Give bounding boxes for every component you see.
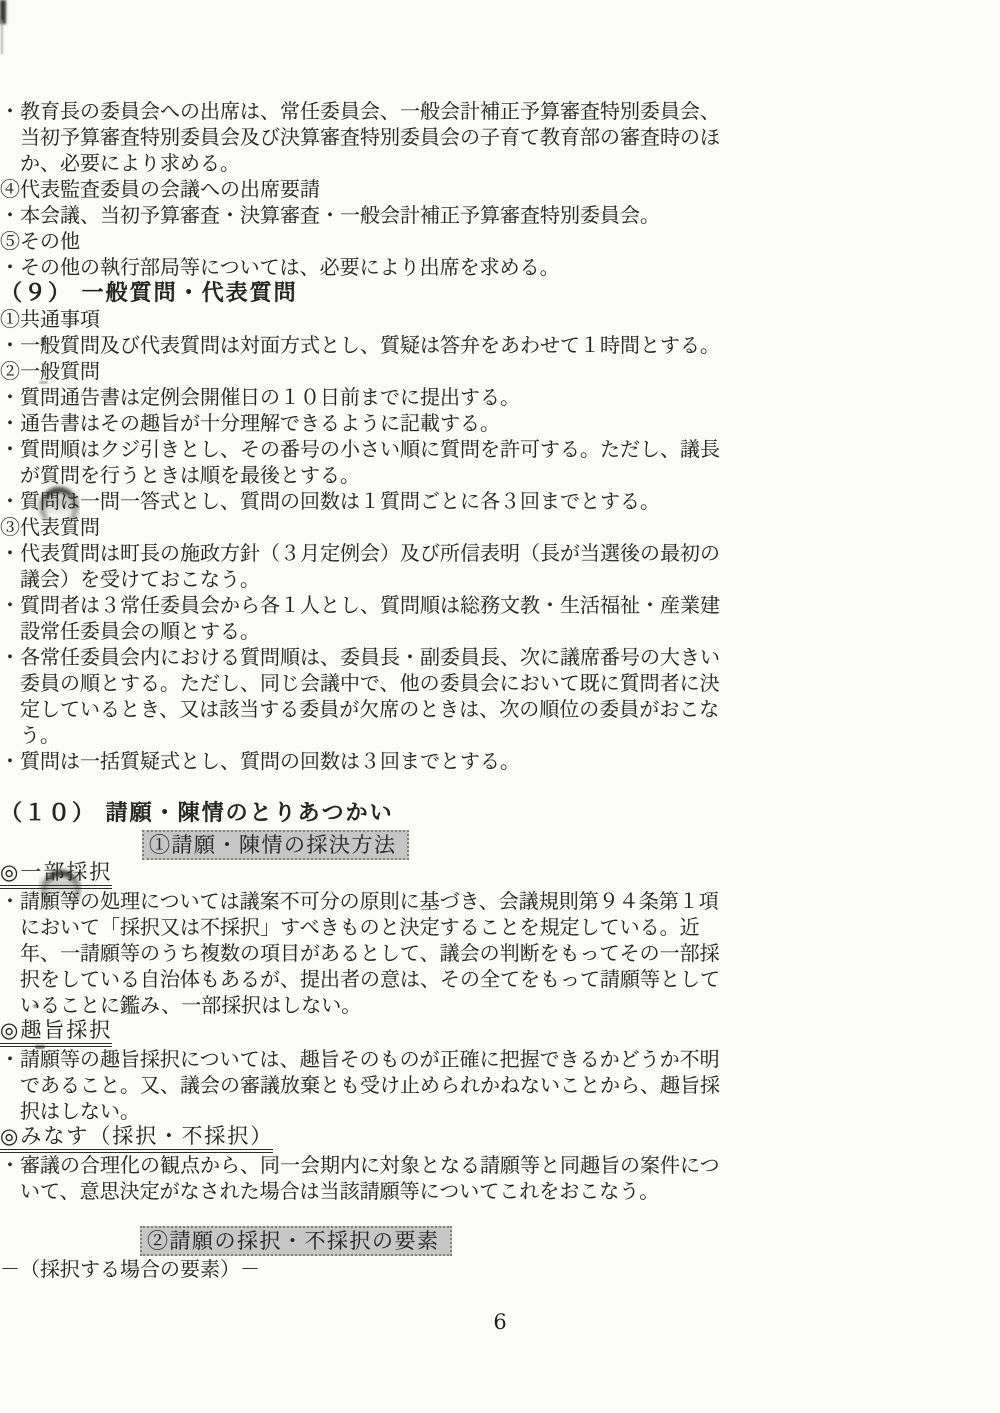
category-heading-label: ◎趣旨採択 [0,1018,112,1047]
page-number: 6 [0,1310,1000,1334]
category-bullet-partial-adoption: ・請願等の処理については議案不可分の原則に基づき、会議規則第９４条第１項において… [0,888,731,1018]
item-4-heading: ④代表監査委員の会議への出席要請 [0,176,1000,202]
section-9-item-3-heading: ③代表質問 [0,514,1000,540]
item-5-heading: ⑤その他 [0,228,1000,254]
category-bullet-deemed-adoption: ・審議の合理化の観点から、同一会期内に対象となる請願等と同趣旨の案件について、意… [0,1152,731,1204]
scan-artifact-corner-line [1,20,3,54]
category-bullet-purport-adoption: ・請願等の趣旨採択については、趣旨そのものが正確に把握できるかどうか不明であるこ… [0,1046,731,1124]
category-heading-purport-adoption: ◎趣旨採択 [0,1018,1000,1046]
scanned-document-page: ・教育長の委員会への出席は、常任委員会、一般会計補正予算審査特別委員会、当初予算… [0,0,1000,1413]
section-9-item-3-bullet: ・質問者は３常任委員会から各１人とし、質問順は総務文教・生活福祉・産業建設常任委… [0,592,731,644]
section-10-heading: （１０） 請願・陳情のとりあつかい [0,800,1000,826]
highlighted-subheading-1: ①請願・陳情の採決方法 [142,830,1000,860]
category-heading-label: ◎一部採択 [0,860,112,889]
category-heading-partial-adoption: ◎一部採択 [0,860,1000,888]
section-9-item-2-heading: ②一般質問 [0,358,1000,384]
section-9-item-3-bullet: ・質問は一括質疑式とし、質問の回数は３回までとする。 [0,748,731,774]
document-body: ・教育長の委員会への出席は、常任委員会、一般会計補正予算審査特別委員会、当初予算… [0,98,1000,1282]
bullet-item-4: ・本会議、当初予算審査・決算審査・一般会計補正予算審査特別委員会。 [0,202,731,228]
section-9-heading: （９） 一般質問・代表質問 [0,280,1000,306]
category-heading-deemed-adoption: ◎みなす（採択・不採択） [0,1124,1000,1152]
bullet-item-5: ・その他の執行部局等については、必要により出席を求める。 [0,254,731,280]
section-9-item-2-bullet: ・質問は一問一答式とし、質問の回数は１質問ごとに各３回までとする。 [0,488,731,514]
category-heading-label: ◎みなす（採択・不採択） [0,1124,273,1153]
bullet-education-chief: ・教育長の委員会への出席は、常任委員会、一般会計補正予算審査特別委員会、当初予算… [0,98,731,176]
section-9-item-3-bullet: ・代表質問は町長の施政方針（３月定例会）及び所信表明（長が当選後の最初の議会）を… [0,540,731,592]
section-9-item-1-bullet: ・一般質問及び代表質問は対面方式とし、質疑は答弁をあわせて１時間とする。 [0,332,731,358]
section-9-item-1-heading: ①共通事項 [0,306,1000,332]
highlighted-subheading-1-label: ①請願・陳情の採決方法 [142,830,409,860]
highlighted-subheading-2: ②請願の採択・不採択の要素 [140,1226,1000,1256]
adoption-elements-note: －（採択する場合の要素）－ [0,1256,1000,1282]
section-9-item-2-bullet: ・質問通告書は定例会開催日の１０日前までに提出する。 [0,384,731,410]
section-9-item-2-bullet: ・通告書はその趣旨が十分理解できるように記載する。 [0,410,731,436]
section-9-item-2-bullet: ・質問順はクジ引きとし、その番号の小さい順に質問を許可する。ただし、議長が質問を… [0,436,731,488]
highlighted-subheading-2-label: ②請願の採択・不採択の要素 [140,1226,452,1256]
section-9-item-3-bullet: ・各常任委員会内における質問順は、委員長・副委員長、次に議席番号の大きい委員の順… [0,644,731,748]
